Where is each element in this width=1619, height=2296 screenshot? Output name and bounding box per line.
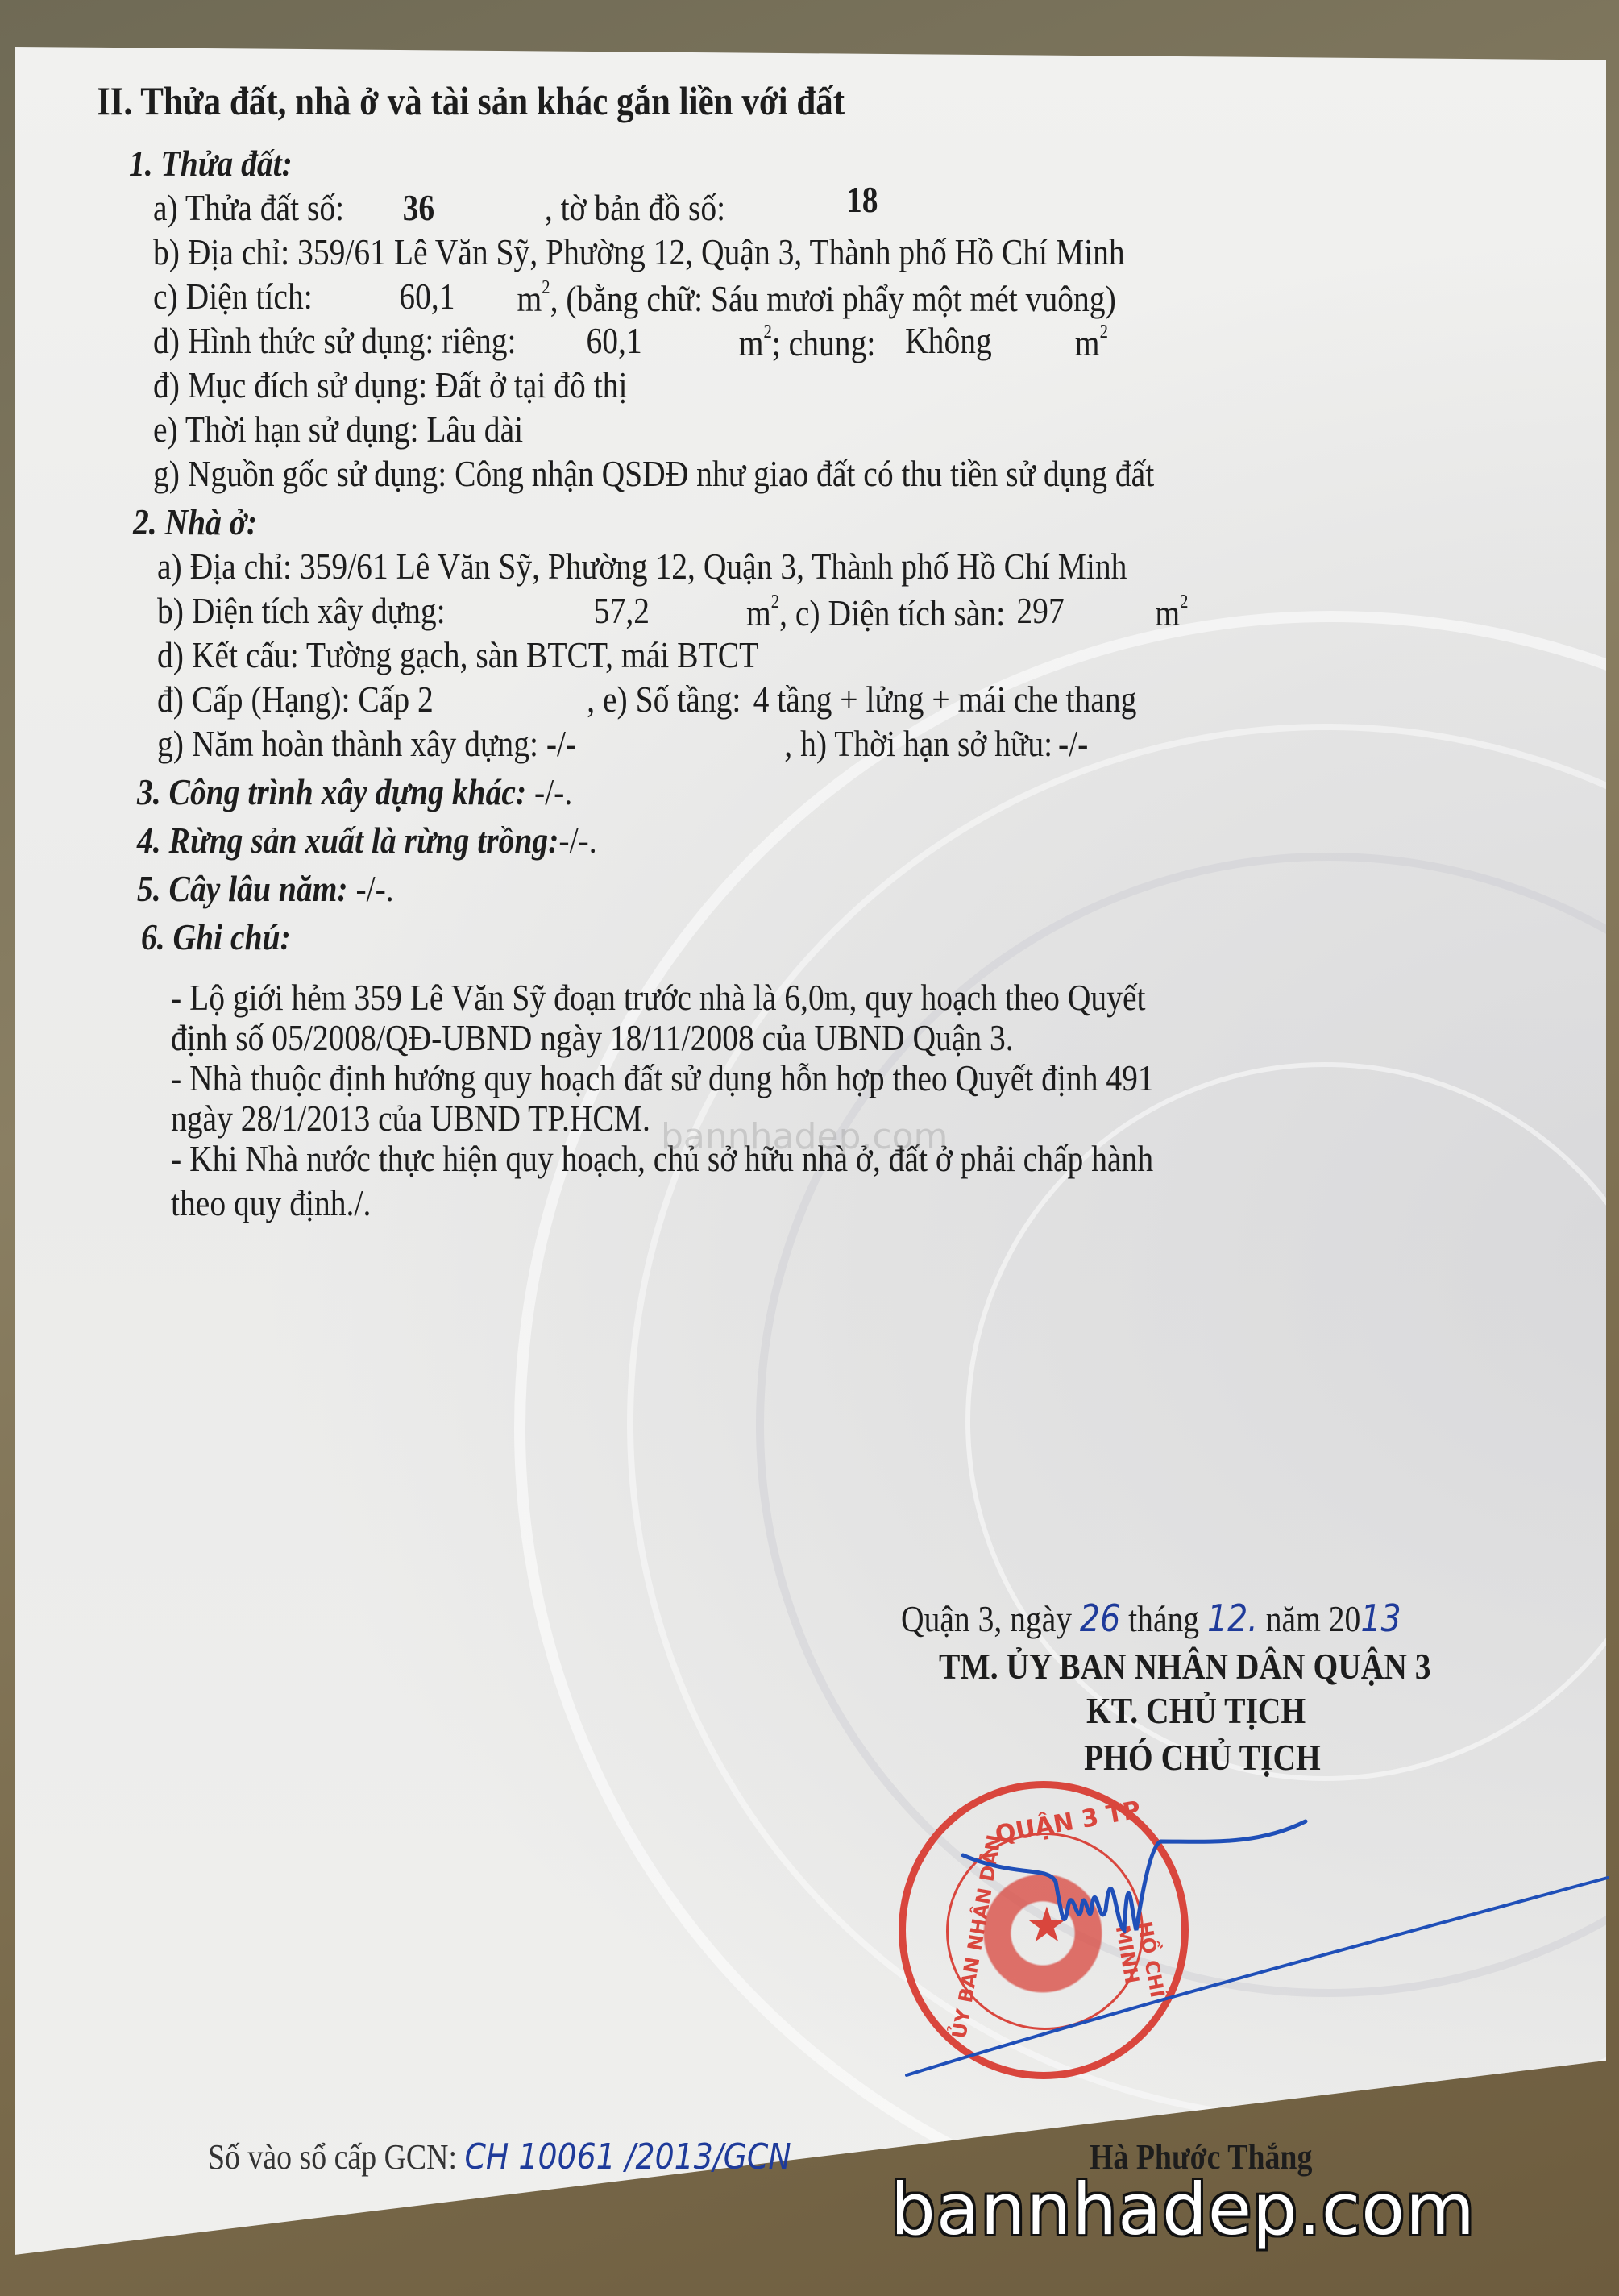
usage-form-row: d) Hình thức sử dụng: riêng: 60,1 m2; ch… (153, 322, 517, 359)
site-watermark: bannhadep.com (890, 2168, 1476, 2251)
purpose-value: Đất ở tại đô thị (435, 364, 627, 405)
year-label: g) Năm hoàn thành xây dựng: (157, 723, 538, 764)
floors-label: , e) Số tầng: (587, 681, 741, 718)
house-heading: 2. Nhà ở: (133, 504, 257, 541)
signer-role-1: KT. CHỦ TỊCH (1086, 1692, 1306, 1729)
house-area-row: b) Diện tích xây dựng: 57,2 m2, c) Diện … (157, 592, 446, 629)
forest-row: 4. Rừng sản xuất là rừng trồng:-/-. (137, 822, 597, 859)
star-icon: ★ (1025, 1901, 1069, 1949)
floor-area-value: 297 (1016, 592, 1064, 629)
note-line: ngày 28/1/2013 của UBND TP.HCM. (171, 1100, 650, 1137)
faint-watermark: bannhadep.com (661, 1116, 948, 1157)
ownership-term-value: -/- (1058, 725, 1088, 762)
land-address-label: b) Địa chỉ: (153, 231, 289, 272)
signer-role-2: PHÓ CHỦ TỊCH (1084, 1739, 1321, 1776)
land-area-label: c) Diện tích: (153, 276, 313, 317)
usage-common-label: ; chung: (772, 322, 876, 363)
usage-form-label: d) Hình thức sử dụng: riêng: (153, 320, 517, 361)
parcel-number: 36 (403, 189, 435, 226)
note-line: - Lộ giới hẻm 359 Lê Văn Sỹ đoạn trước n… (171, 979, 1146, 1016)
term-label: e) Thời hạn sử dụng: (153, 409, 419, 450)
registry-value: CH 10061 /2013/GCN (464, 2136, 791, 2178)
grade-label: đ) Cấp (Hạng): (157, 679, 350, 720)
year-ownership-row: g) Năm hoàn thành xây dựng: -/- , h) Thờ… (157, 725, 576, 762)
forest-value: -/-. (558, 820, 596, 861)
purpose-label: đ) Mục đích sử dụng: (153, 364, 427, 405)
grade-value: Cấp 2 (358, 679, 433, 720)
built-area-value: 57,2 (594, 592, 650, 629)
other-works-row: 3. Công trình xây dựng khác: -/-. (137, 774, 572, 811)
other-works-value: -/-. (534, 771, 572, 812)
date-year-suffix: 13 (1360, 1596, 1401, 1640)
perennial-value: -/-. (355, 868, 393, 909)
land-area-row: c) Diện tích: 60,1 m2, (bằng chữ: Sáu mư… (153, 278, 313, 315)
notes-heading: 6. Ghi chú: (141, 919, 291, 956)
date-month-label: tháng (1128, 1598, 1199, 1639)
date-year-label: năm 20 (1266, 1598, 1361, 1639)
structure-row: d) Kết cấu: Tường gạch, sàn BTCT, mái BT… (157, 637, 758, 674)
official-seal: ★ QUẬN 3 TP ỦY BAN NHÂN DÂN HỒ CHÍ MINH (899, 1781, 1189, 2079)
floor-area-label: , c) Diện tích sàn: (779, 592, 1005, 633)
other-works-label: 3. Công trình xây dựng khác: (137, 771, 526, 812)
term-row: e) Thời hạn sử dụng: Lâu dài (153, 411, 523, 448)
usage-common-value: Không (905, 322, 992, 359)
land-area-words: , (bằng chữ: Sáu mươi phẩy một mét vuông… (550, 278, 1116, 319)
parcel-label: a) Thửa đất số: (153, 187, 344, 228)
date-day: 26 (1080, 1596, 1120, 1640)
structure-value: Tường gạch, sàn BTCT, mái BTCT (306, 634, 758, 675)
parcel-row: a) Thửa đất số: 36 , tờ bản đồ số: 18 (153, 189, 344, 226)
structure-label: d) Kết cấu: (157, 634, 299, 675)
house-address-row: a) Địa chỉ: 359/61 Lê Văn Sỹ, Phường 12,… (157, 548, 1127, 585)
origin-row: g) Nguồn gốc sử dụng: Công nhận QSDĐ như… (153, 455, 1154, 492)
origin-label: g) Nguồn gốc sử dụng: (153, 453, 446, 494)
date-month: 12. (1207, 1596, 1258, 1640)
land-heading: 1. Thửa đất: (129, 145, 293, 182)
land-area-value: 60,1 (399, 278, 455, 315)
floors-value: 4 tầng + lửng + mái che thang (753, 681, 1137, 718)
origin-value: Công nhận QSDĐ như giao đất có thu tiền … (455, 453, 1154, 494)
perennial-label: 5. Cây lâu năm: (137, 868, 348, 909)
ownership-term-label: , h) Thời hạn sở hữu: (784, 725, 1052, 762)
issuing-organization: TM. ỦY BAN NHÂN DÂN QUẬN 3 (939, 1648, 1431, 1685)
issue-date: Quận 3, ngày 26 tháng 12. năm 2013 (901, 1600, 1401, 1638)
note-line: định số 05/2008/QĐ-UBND ngày 18/11/2008 … (171, 1019, 1014, 1057)
year-value: -/- (546, 723, 576, 764)
house-address-value: 359/61 Lê Văn Sỹ, Phường 12, Quận 3, Thà… (300, 546, 1127, 587)
land-address-value: 359/61 Lê Văn Sỹ, Phường 12, Quận 3, Thà… (297, 231, 1125, 272)
section-title: II. Thửa đất, nhà ở và tài sản khác gắn … (97, 81, 845, 121)
forest-label: 4. Rừng sản xuất là rừng trồng: (137, 820, 558, 861)
map-sheet-label: , tờ bản đồ số: (545, 189, 725, 226)
grade-floors-row: đ) Cấp (Hạng): Cấp 2 , e) Số tầng: 4 tần… (157, 681, 434, 718)
perennial-row: 5. Cây lâu năm: -/-. (137, 870, 394, 907)
land-address-row: b) Địa chỉ: 359/61 Lê Văn Sỹ, Phường 12,… (153, 234, 1125, 271)
purpose-row: đ) Mục đích sử dụng: Đất ở tại đô thị (153, 367, 627, 404)
land-area-unit: m (517, 278, 542, 319)
built-area-label: b) Diện tích xây dựng: (157, 590, 446, 631)
registry-label: Số vào sổ cấp GCN: (208, 2137, 457, 2177)
house-address-label: a) Địa chỉ: (157, 546, 292, 587)
date-prefix: Quận 3, ngày (901, 1598, 1072, 1639)
registry-row: Số vào sổ cấp GCN: CH 10061 /2013/GCN (208, 2140, 791, 2175)
map-sheet-number: 18 (846, 181, 878, 218)
term-value: Lâu dài (426, 409, 523, 450)
note-line: - Nhà thuộc định hướng quy hoạch đất sử … (171, 1060, 1154, 1097)
usage-private-value: 60,1 (587, 322, 642, 359)
note-line: theo quy định./. (171, 1185, 371, 1222)
